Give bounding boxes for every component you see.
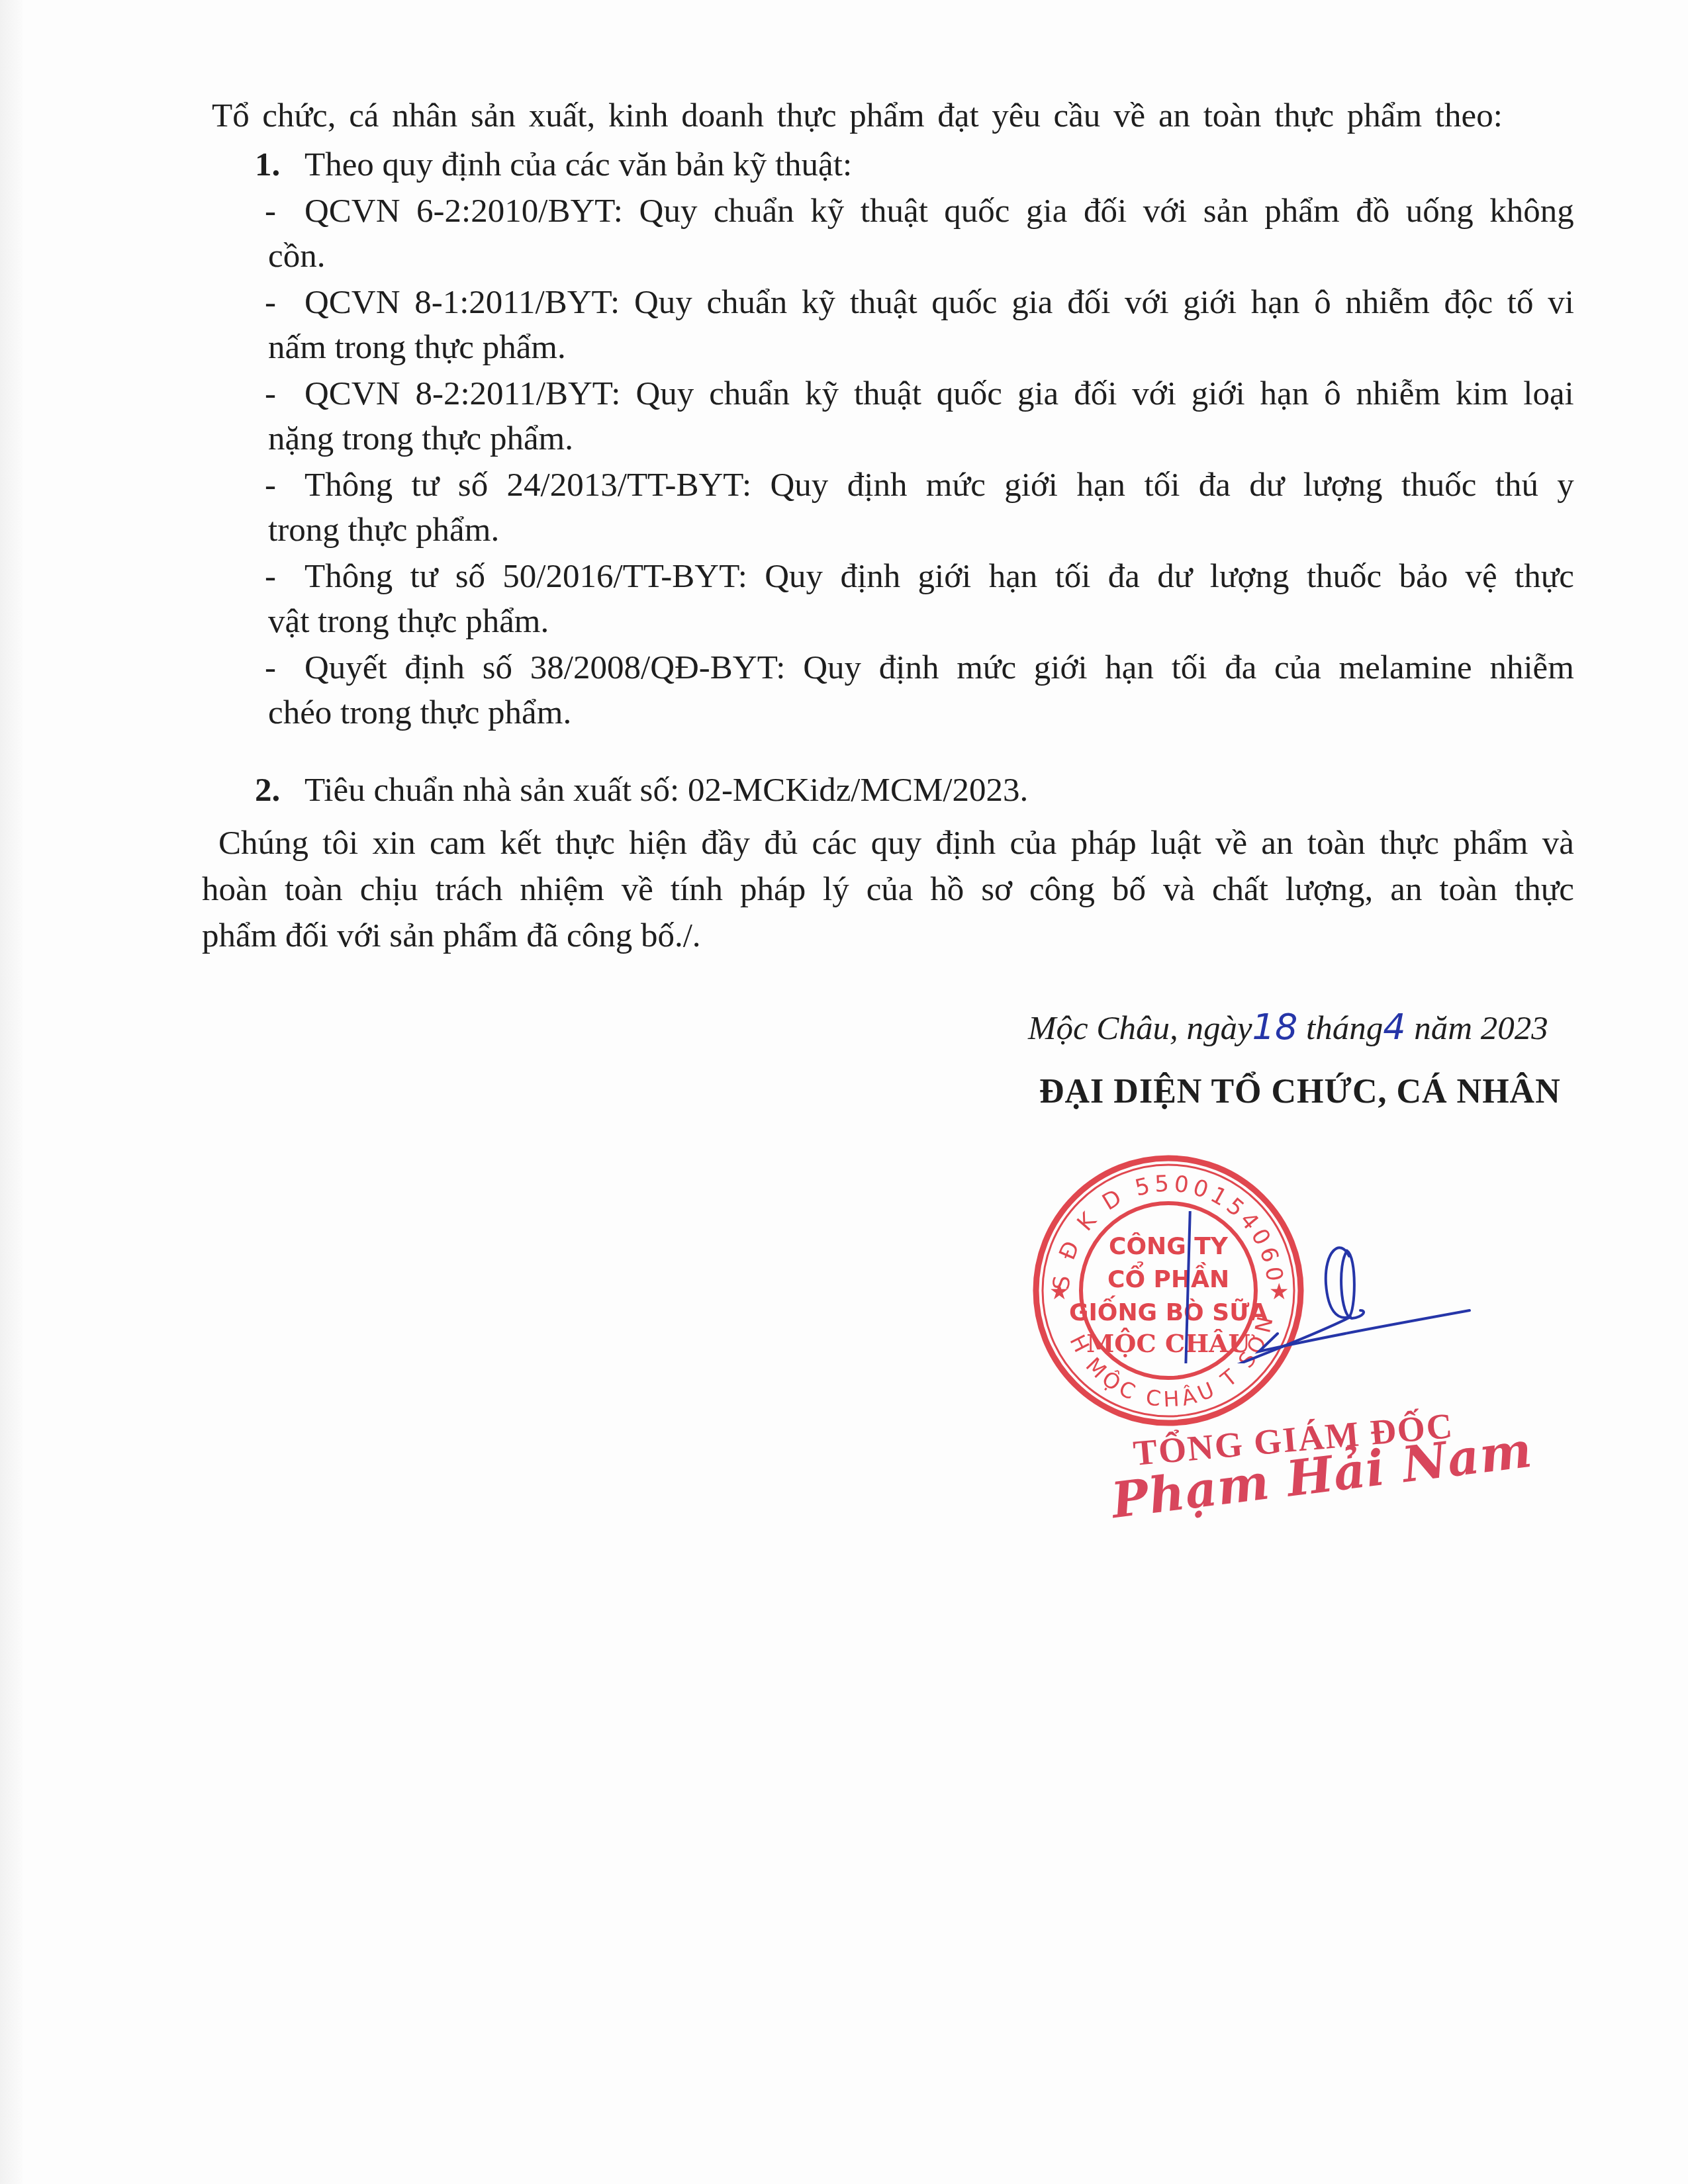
regulation-item-line-2: chéo trong thực phẩm. <box>268 694 571 732</box>
list-item-1-text: Theo quy định của các văn bản kỹ thuật: <box>305 146 852 184</box>
regulation-item-line-2: vật trong thực phẩm. <box>268 602 549 641</box>
regulation-item-line-1: Thôngtưsố24/2013/TT-BYT:Quyđịnhmứcgiớihạ… <box>305 466 1574 504</box>
bullet-dash: - <box>265 557 276 596</box>
handwritten-month: 4 <box>1383 1006 1405 1048</box>
intro-paragraph: Tổchức,cánhânsảnxuất,kinhdoanhthựcphẩmđạ… <box>212 99 1503 133</box>
bullet-dash: - <box>265 649 276 687</box>
regulation-item-line-1: Thôngtưsố50/2016/TT-BYT:Quyđịnhgiớihạntố… <box>305 557 1574 596</box>
regulation-item-line-2: trong thực phẩm. <box>268 511 499 549</box>
regulation-item-line-1: Quyếtđịnhsố38/2008/QĐ-BYT:Quyđịnhmứcgiới… <box>305 649 1574 687</box>
list-item-2-text: Tiêu chuẩn nhà sản xuất số: 02-MCKidz/MC… <box>305 771 1028 809</box>
handwritten-signature <box>1178 1211 1496 1363</box>
representative-title: ĐẠI DIỆN TỔ CHỨC, CÁ NHÂN <box>1039 1072 1561 1111</box>
list-number-1: 1. <box>255 146 280 184</box>
bullet-dash: - <box>265 375 276 413</box>
bullet-dash: - <box>265 466 276 504</box>
place-label: Mộc Châu, ngày <box>1028 1010 1252 1047</box>
commitment-line-3: phẩm đối với sản phẩm đã công bố./. <box>202 917 701 955</box>
commitment-line-2: hoàntoànchịutráchnhiệmvềtínhpháplýcủahồs… <box>202 870 1574 909</box>
regulation-item-line-1: QCVN8-1:2011/BYT:Quychuẩnkỹthuậtquốcgiađ… <box>305 283 1574 322</box>
month-label: tháng <box>1306 1010 1383 1047</box>
place-date: Mộc Châu, ngày18 tháng4 năm 2023 <box>1028 1006 1548 1048</box>
regulation-item-line-2: cồn. <box>268 237 325 275</box>
bullet-dash: - <box>265 192 276 230</box>
regulation-item-line-2: nặng trong thực phẩm. <box>268 420 573 458</box>
commitment-line-1: Chúngtôixincamkếtthựchiệnđầyđủcácquyđịnh… <box>218 824 1574 862</box>
regulation-item-line-1: QCVN8-2:2011/BYT:Quychuẩnkỹthuậtquốcgiađ… <box>305 375 1574 413</box>
handwritten-day: 18 <box>1252 1006 1298 1048</box>
scan-page-edge <box>0 0 23 2184</box>
regulation-item-line-1: QCVN6-2:2010/BYT:Quychuẩnkỹthuậtquốcgiađ… <box>305 192 1574 230</box>
stamp-star-icon: ★ <box>1049 1279 1069 1305</box>
bullet-dash: - <box>265 283 276 322</box>
year-label: năm 2023 <box>1414 1010 1548 1047</box>
list-number-2: 2. <box>255 771 280 809</box>
regulation-item-line-2: nấm trong thực phẩm. <box>268 328 566 367</box>
